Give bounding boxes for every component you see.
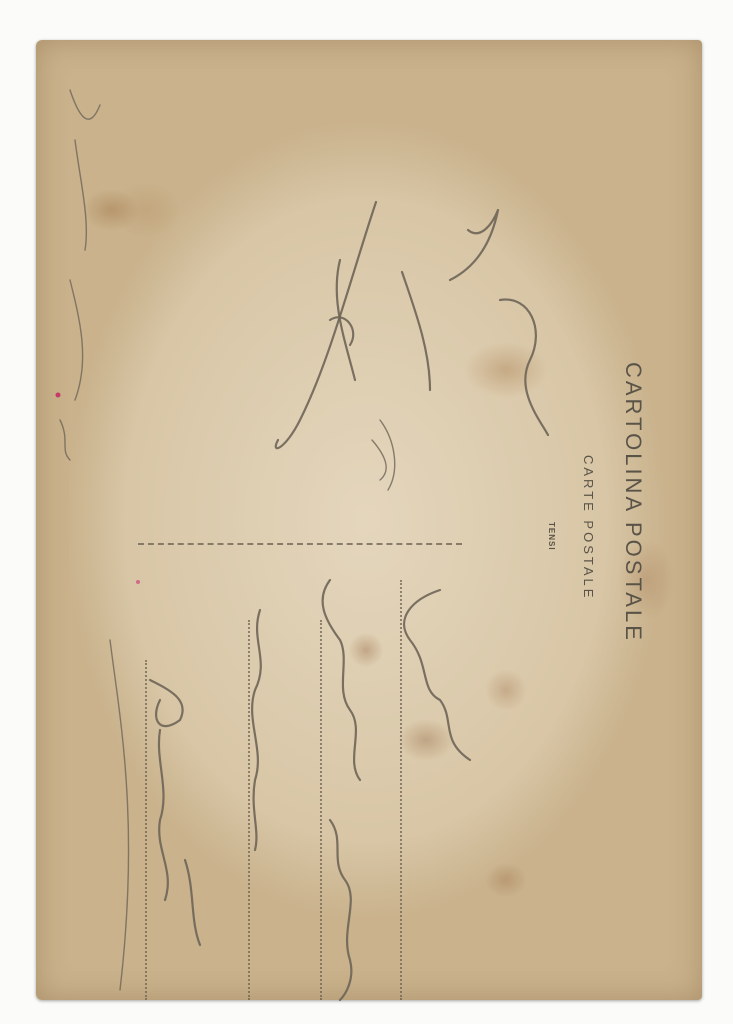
publisher-mark: TENSI	[547, 522, 556, 551]
printed-subtitle: CARTE POSTALE	[581, 455, 596, 600]
printed-title: CARTOLINA POSTALE	[620, 362, 646, 643]
address-line-2	[320, 620, 322, 1000]
address-line-4	[145, 660, 147, 1000]
address-line-3	[248, 620, 250, 1000]
message-divider-line	[138, 543, 462, 545]
address-line-1	[400, 580, 402, 1000]
postcard-back	[36, 40, 702, 1000]
